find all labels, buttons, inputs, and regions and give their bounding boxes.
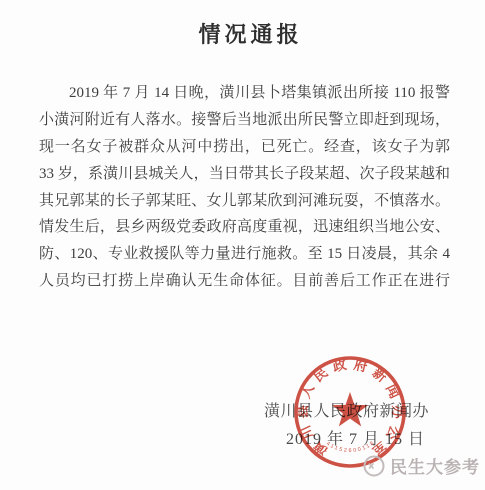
body-line: 其兄郭某的长子郭某旺、女儿郭某欣到河滩玩耍，不慎落水。事 [39, 188, 450, 215]
body-line: 防、120、专业救援队等力量进行施救。至 15 日凌晨，其余 4 名 [39, 241, 450, 268]
minsheng-logo-icon [363, 455, 385, 477]
watermark: 民生大参考 [363, 453, 480, 478]
notice-document: 情况通报 2019 年 7 月 14 日晚，潢川县卜塔集镇派出所接 110 报警… [0, 0, 485, 490]
seal-star-icon [332, 392, 368, 426]
body-line: 现一名女子被群众从河中捞出，已死亡。经查，该女子为郭某， [39, 134, 450, 161]
body-line: 33 岁，系潢川县城关人，当日带其长子段某超、次子段某越和 [39, 161, 450, 188]
watermark-label: 民生大参考 [390, 453, 480, 478]
page-title: 情况通报 [8, 18, 485, 49]
body-line: 小潢河附近有人落水。接警后当地派出所民警立即赶到现场，发 [39, 107, 450, 134]
notice-body: 2019 年 7 月 14 日晚，潢川县卜塔集镇派出所接 110 报警称 小潢河… [39, 80, 450, 295]
body-line: 2019 年 7 月 14 日晚，潢川县卜塔集镇派出所接 110 报警称 [39, 80, 450, 107]
body-line: 情发生后，县乡两级党委政府高度重视，迅速组织当地公安、消 [39, 214, 450, 241]
body-line: 人员均已打捞上岸确认无生命体征。目前善后工作正在进行中。 [39, 268, 450, 295]
